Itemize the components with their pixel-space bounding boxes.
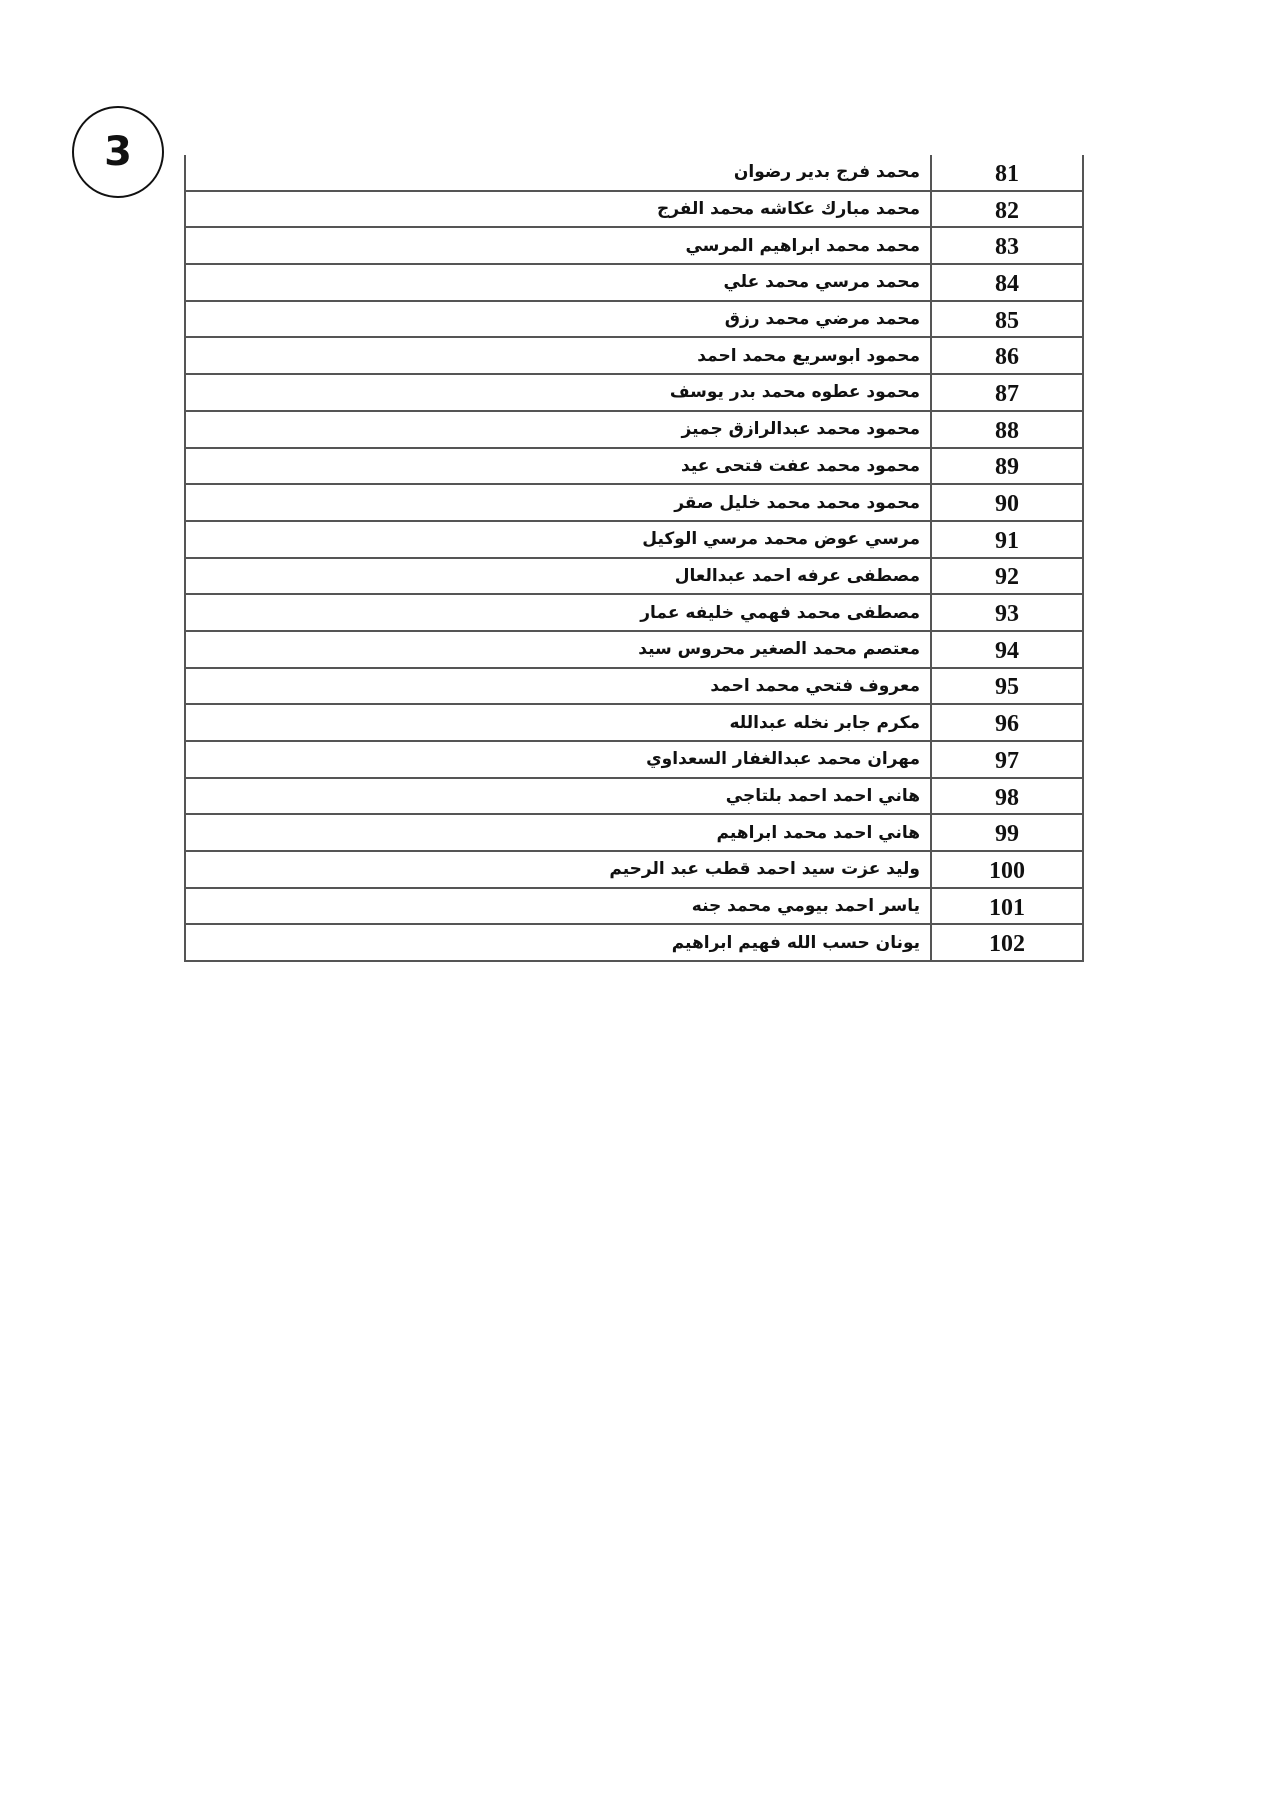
row-number: 99	[931, 814, 1083, 851]
table-row: 87 محمود عطوه محمد بدر يوسف	[185, 374, 1083, 411]
row-name: محمد مبارك عكاشه محمد الفرج	[185, 191, 931, 228]
row-name: مصطفى محمد فهمي خليفه عمار	[185, 594, 931, 631]
row-number: 94	[931, 631, 1083, 668]
row-name: معروف فتحي محمد احمد	[185, 668, 931, 705]
table-row: 81 محمد فرج بدير رضوان	[185, 155, 1083, 191]
row-number: 82	[931, 191, 1083, 228]
table-row: 88 محمود محمد عبدالرازق جميز	[185, 411, 1083, 448]
row-number: 83	[931, 227, 1083, 264]
table-row: 97 مهران محمد عبدالغفار السعداوي	[185, 741, 1083, 778]
row-number: 89	[931, 448, 1083, 485]
row-name: مرسي عوض محمد مرسي الوكيل	[185, 521, 931, 558]
row-name: محمود محمد عفت فتحى عيد	[185, 448, 931, 485]
row-name: مكرم جابر نخله عبدالله	[185, 704, 931, 741]
row-name: هاني احمد احمد بلتاجي	[185, 778, 931, 815]
row-number: 81	[931, 155, 1083, 191]
table-row: 99 هاني احمد محمد ابراهيم	[185, 814, 1083, 851]
table-row: 100 وليد عزت سيد احمد قطب عبد الرحيم	[185, 851, 1083, 888]
row-name: مهران محمد عبدالغفار السعداوي	[185, 741, 931, 778]
table-row: 82 محمد مبارك عكاشه محمد الفرج	[185, 191, 1083, 228]
table-row: 83 محمد محمد ابراهيم المرسي	[185, 227, 1083, 264]
page-number-badge: 3	[72, 106, 164, 198]
row-number: 91	[931, 521, 1083, 558]
row-number: 98	[931, 778, 1083, 815]
table-row: 85 محمد مرضي محمد رزق	[185, 301, 1083, 338]
row-number: 100	[931, 851, 1083, 888]
row-number: 88	[931, 411, 1083, 448]
row-number: 95	[931, 668, 1083, 705]
table-row: 102 يونان حسب الله فهيم ابراهيم	[185, 924, 1083, 961]
row-name: محمود محمد محمد خليل صقر	[185, 484, 931, 521]
row-number: 102	[931, 924, 1083, 961]
page-number: 3	[104, 132, 132, 172]
table-row: 96 مكرم جابر نخله عبدالله	[185, 704, 1083, 741]
row-number: 92	[931, 558, 1083, 595]
row-name: هاني احمد محمد ابراهيم	[185, 814, 931, 851]
table-row: 93 مصطفى محمد فهمي خليفه عمار	[185, 594, 1083, 631]
row-number: 90	[931, 484, 1083, 521]
row-number: 97	[931, 741, 1083, 778]
names-table: 81 محمد فرج بدير رضوان 82 محمد مبارك عكا…	[184, 155, 1084, 962]
row-name: محمود محمد عبدالرازق جميز	[185, 411, 931, 448]
table-row: 86 محمود ابوسريع محمد احمد	[185, 337, 1083, 374]
table-row: 91 مرسي عوض محمد مرسي الوكيل	[185, 521, 1083, 558]
row-name: محمود عطوه محمد بدر يوسف	[185, 374, 931, 411]
table-row: 84 محمد مرسي محمد علي	[185, 264, 1083, 301]
row-number: 87	[931, 374, 1083, 411]
row-name: محمد مرسي محمد علي	[185, 264, 931, 301]
row-name: وليد عزت سيد احمد قطب عبد الرحيم	[185, 851, 931, 888]
row-name: محمد فرج بدير رضوان	[185, 155, 931, 191]
row-number: 86	[931, 337, 1083, 374]
row-name: معتصم محمد الصغير محروس سيد	[185, 631, 931, 668]
row-name: مصطفى عرفه احمد عبدالعال	[185, 558, 931, 595]
table-row: 98 هاني احمد احمد بلتاجي	[185, 778, 1083, 815]
row-number: 85	[931, 301, 1083, 338]
row-name: ياسر احمد بيومي محمد جنه	[185, 888, 931, 925]
row-name: محمد محمد ابراهيم المرسي	[185, 227, 931, 264]
table-row: 94 معتصم محمد الصغير محروس سيد	[185, 631, 1083, 668]
table-row: 95 معروف فتحي محمد احمد	[185, 668, 1083, 705]
row-name: محمود ابوسريع محمد احمد	[185, 337, 931, 374]
table-row: 89 محمود محمد عفت فتحى عيد	[185, 448, 1083, 485]
row-number: 96	[931, 704, 1083, 741]
row-name: محمد مرضي محمد رزق	[185, 301, 931, 338]
table-row: 90 محمود محمد محمد خليل صقر	[185, 484, 1083, 521]
row-name: يونان حسب الله فهيم ابراهيم	[185, 924, 931, 961]
row-number: 93	[931, 594, 1083, 631]
row-number: 101	[931, 888, 1083, 925]
table-row: 101 ياسر احمد بيومي محمد جنه	[185, 888, 1083, 925]
table-row: 92 مصطفى عرفه احمد عبدالعال	[185, 558, 1083, 595]
row-number: 84	[931, 264, 1083, 301]
